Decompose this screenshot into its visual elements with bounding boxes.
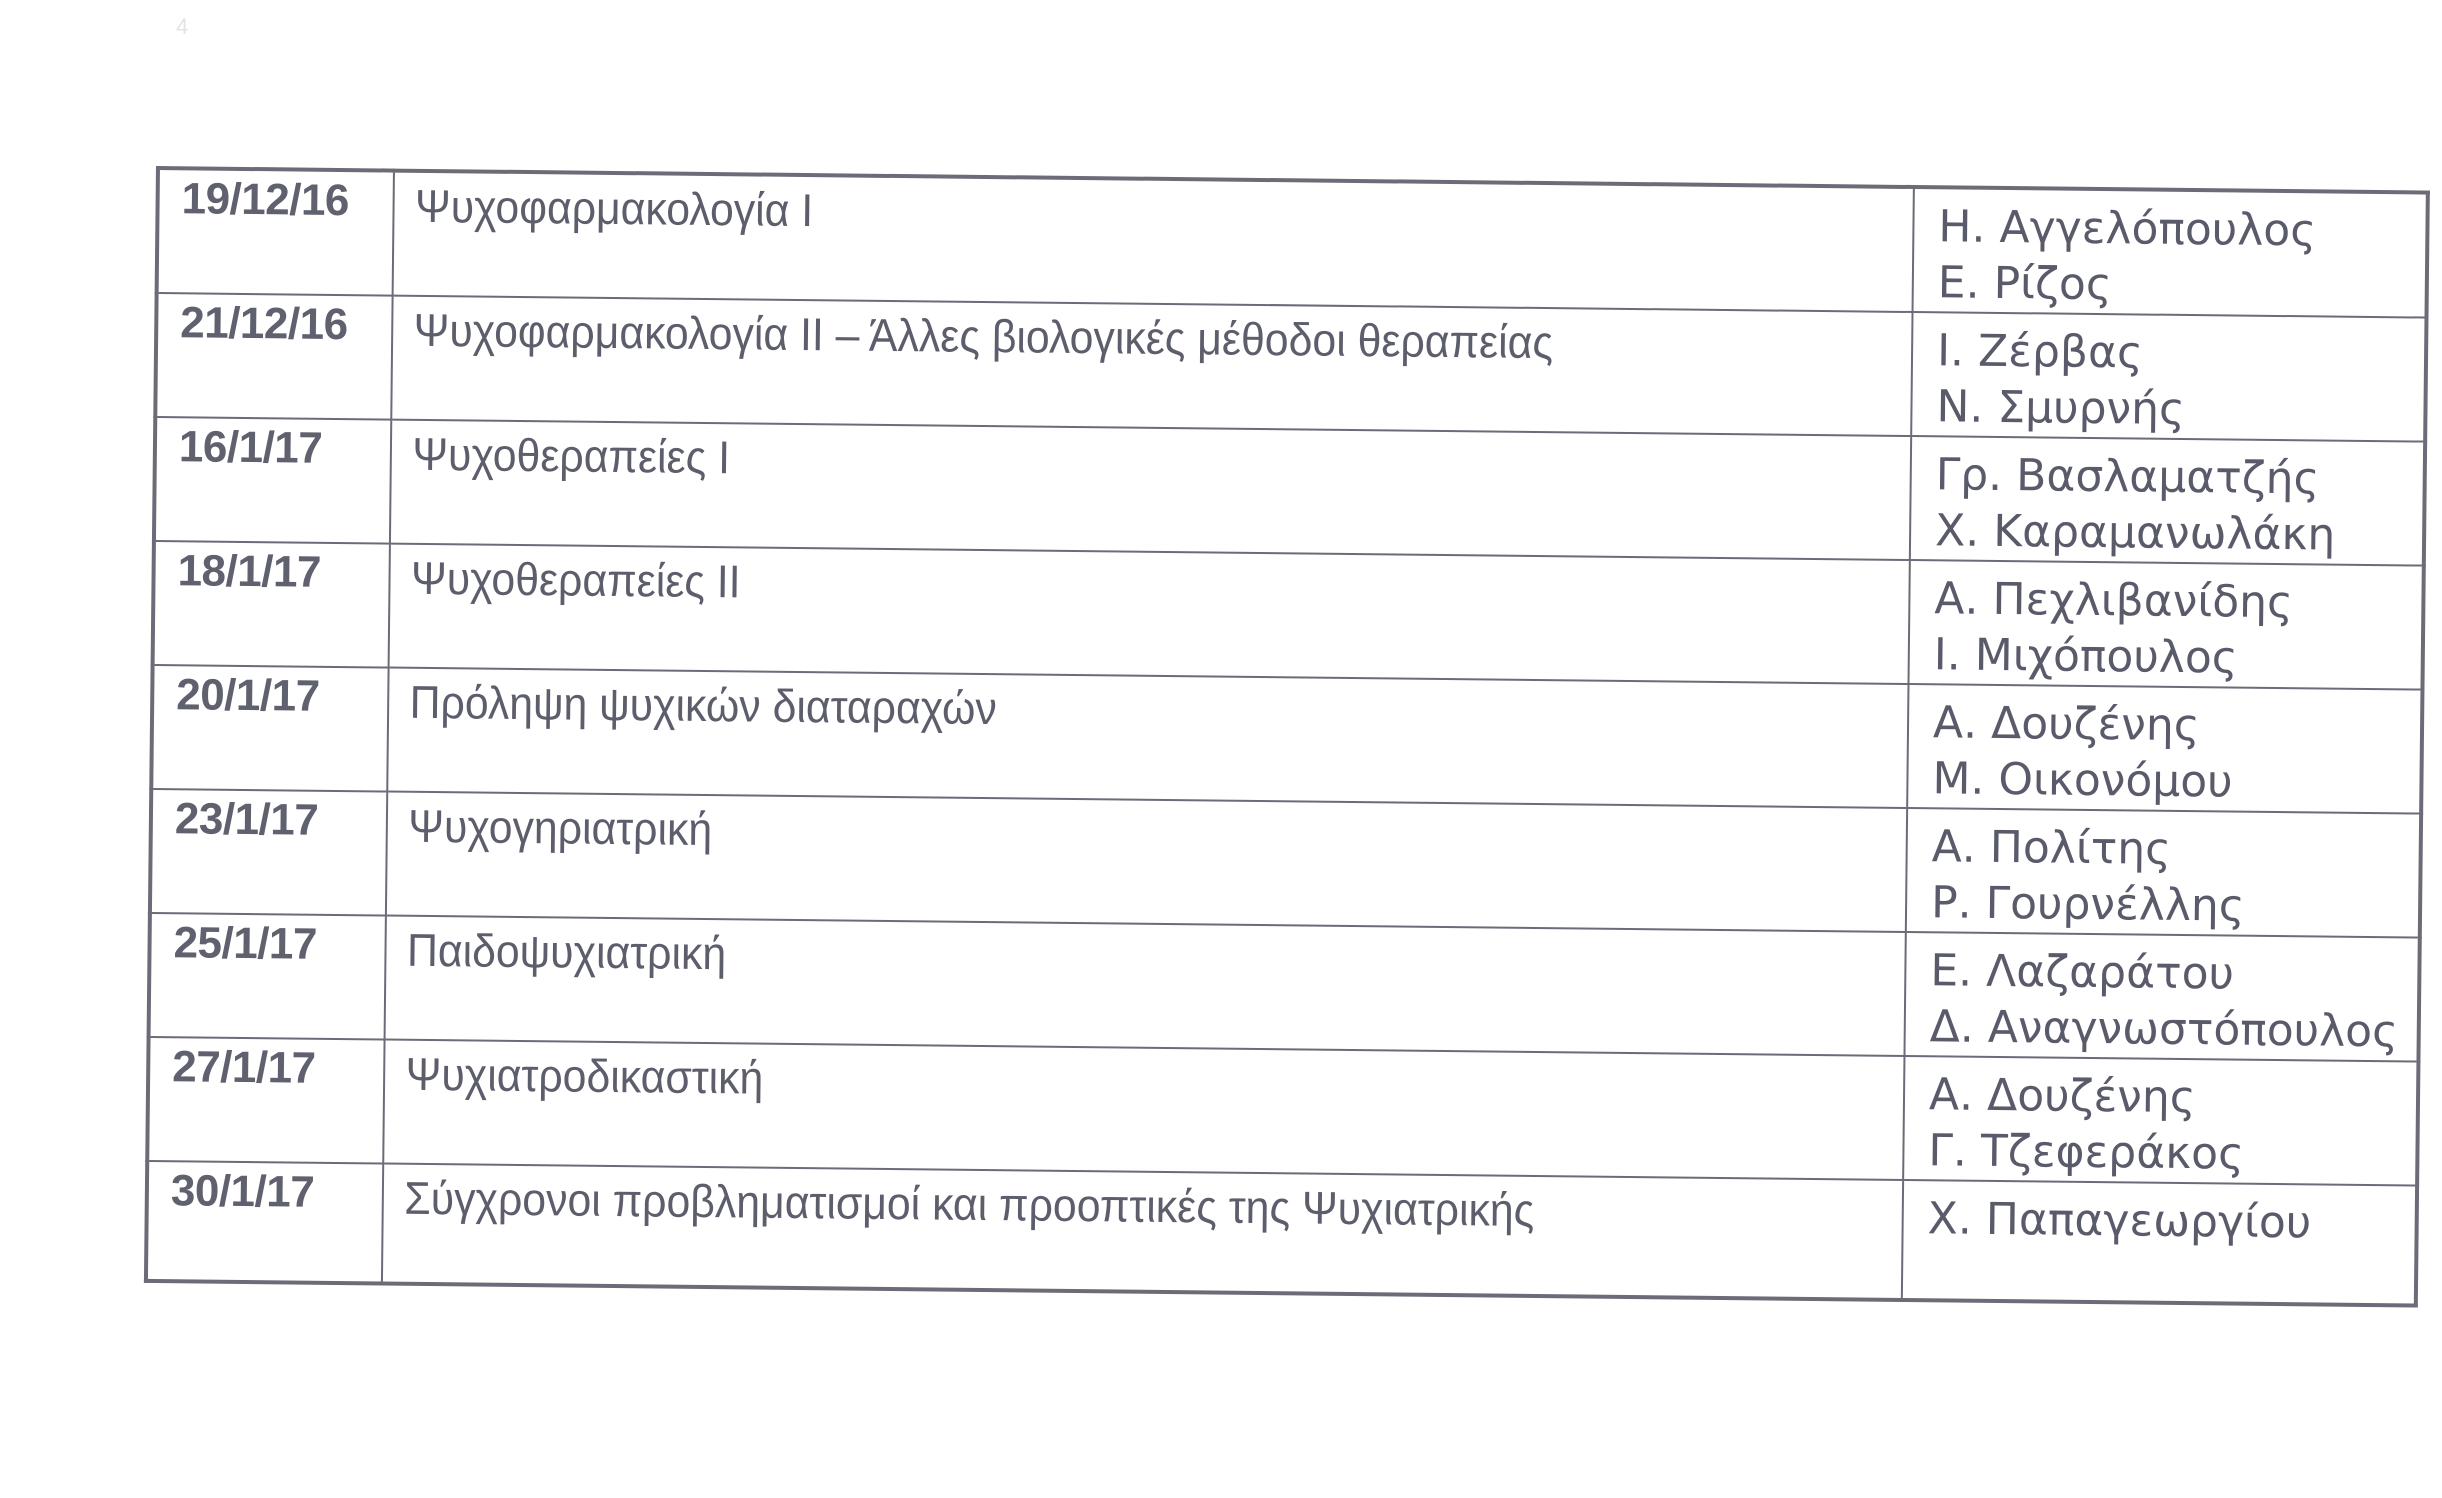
lecturer-name: Ε. Ρίζος: [1938, 255, 2426, 316]
lecture-date: 23/1/17: [153, 790, 387, 847]
lecturer-name: Ν. Σμυρνής: [1936, 379, 2424, 440]
lecturers-cell: Α. ΠεχλιβανίδηςΙ. Μιχόπουλος: [1908, 560, 2423, 690]
table-row: 21/12/16 Ψυχοφαρμακολογία ΙΙ – Άλλες βιο…: [155, 293, 2426, 442]
date-cell: 18/1/17: [153, 541, 390, 668]
lecture-date: 25/1/17: [151, 914, 385, 971]
topic-cell: Ψυχοθεραπείες Ι: [390, 420, 1911, 560]
topic-cell: Ψυχοφαρμακολογία ΙΙ – Άλλες βιολογικές μ…: [391, 296, 1912, 436]
lecturer-name: Α. Πολίτης: [1931, 819, 2419, 880]
table-row: 27/1/17 Ψυχιατροδικαστική Α. ΔουζένηςΓ. …: [147, 1037, 2418, 1186]
lecturer-name: Η. Αγγελόπουλος: [1938, 199, 2426, 260]
table-row: 19/12/16 Ψυχοφαρμακολογία Ι Η. Αγγελόπου…: [157, 168, 2428, 318]
table-row: 30/1/17 Σύγχρονοι προβληματισμοί και προ…: [146, 1161, 2417, 1306]
lecture-date: 16/1/17: [157, 418, 391, 475]
lecturer-name: Χ. Καραμανωλάκη: [1935, 503, 2423, 564]
date-cell: 27/1/17: [147, 1037, 384, 1164]
lecturers-cell: Α. ΠολίτηςΡ. Γουρνέλλης: [1906, 808, 2421, 938]
date-cell: 19/12/16: [157, 168, 394, 296]
topic-cell: Παιδοψυχιατρική: [385, 916, 1906, 1056]
date-cell: 16/1/17: [154, 417, 391, 544]
lecturers-list: Α. ΠεχλιβανίδηςΙ. Μιχόπουλος: [1910, 561, 2422, 689]
table-row: 25/1/17 Παιδοψυχιατρική Ε. ΛαζαράτουΔ. Α…: [149, 913, 2420, 1062]
lecture-topic: Πρόληψη ψυχικών διαταραχών: [389, 669, 1801, 744]
topic-cell: Ψυχογηριατρική: [386, 792, 1907, 932]
lecture-topic: Ψυχοθεραπείες ΙΙ: [390, 545, 1802, 620]
lecturers-list: Ι. ΖέρβαςΝ. Σμυρνής: [1912, 313, 2424, 441]
lecture-topic: Ψυχοφαρμακολογία Ι: [394, 173, 1806, 248]
lecture-topic: Σύγχρονοι προβληματισμοί και προοπτικές …: [384, 1165, 1796, 1240]
lecture-topic: Ψυχοφαρμακολογία ΙΙ – Άλλες βιολογικές μ…: [393, 297, 1805, 372]
lecturer-name: Χ. Παπαγεωργίου: [1927, 1191, 2415, 1252]
schedule-table-container: 19/12/16 Ψυχοφαρμακολογία Ι Η. Αγγελόπου…: [144, 166, 2426, 1307]
lecture-date: 30/1/17: [149, 1162, 383, 1219]
lecturer-name: Ι. Ζέρβας: [1937, 323, 2425, 384]
lecturer-name: Γ. Τζεφεράκος: [1928, 1123, 2416, 1184]
lecturers-list: Α. ΠολίτηςΡ. Γουρνέλλης: [1907, 809, 2419, 937]
lecturers-list: Η. ΑγγελόπουλοςΕ. Ρίζος: [1914, 189, 2426, 317]
lecturers-list: Γρ. ΒασλαματζήςΧ. Καραμανωλάκη: [1911, 437, 2423, 565]
table-row: 23/1/17 Ψυχογηριατρική Α. ΠολίτηςΡ. Γουρ…: [150, 789, 2421, 938]
page-mark: 4: [176, 14, 188, 40]
lecturers-cell: Χ. Παπαγεωργίου: [1902, 1180, 2417, 1306]
schedule-body: 19/12/16 Ψυχοφαρμακολογία Ι Η. Αγγελόπου…: [146, 168, 2428, 1305]
topic-cell: Ψυχοφαρμακολογία Ι: [393, 171, 1914, 312]
lecturer-name: Δ. Αναγνωστόπουλος: [1929, 999, 2417, 1060]
lecturers-list: Ε. ΛαζαράτουΔ. Αναγνωστόπουλος: [1905, 933, 2417, 1061]
table-row: 20/1/17 Πρόληψη ψυχικών διαταραχών Α. Δο…: [151, 665, 2422, 814]
lecturers-list: Χ. Παπαγεωργίου: [1903, 1181, 2415, 1253]
lecturer-name: Ι. Μιχόπουλος: [1934, 627, 2422, 688]
lecturers-list: Α. ΔουζένηςΜ. Οικονόμου: [1908, 685, 2420, 813]
lecturer-name: Ρ. Γουρνέλλης: [1931, 875, 2419, 936]
date-cell: 25/1/17: [149, 913, 386, 1040]
lecture-date: 21/12/16: [158, 294, 392, 351]
lecture-topic: Ψυχογηριατρική: [388, 793, 1800, 868]
lecturers-cell: Η. ΑγγελόπουλοςΕ. Ρίζος: [1913, 187, 2428, 318]
lecture-topic: Ψυχοθεραπείες Ι: [392, 421, 1804, 496]
lecturer-name: Α. Δουζένης: [1929, 1067, 2417, 1128]
lecture-date: 27/1/17: [150, 1038, 384, 1095]
lecture-schedule-table: 19/12/16 Ψυχοφαρμακολογία Ι Η. Αγγελόπου…: [144, 166, 2430, 1308]
lecturers-cell: Ι. ΖέρβαςΝ. Σμυρνής: [1911, 312, 2426, 442]
topic-cell: Ψυχοθεραπείες ΙΙ: [389, 544, 1910, 684]
date-cell: 21/12/16: [155, 293, 392, 420]
lecturer-name: Ε. Λαζαράτου: [1930, 943, 2418, 1004]
topic-cell: Σύγχρονοι προβληματισμοί και προοπτικές …: [382, 1164, 1903, 1300]
lecturer-name: Μ. Οικονόμου: [1932, 751, 2420, 812]
lecturers-list: Α. ΔουζένηςΓ. Τζεφεράκος: [1904, 1057, 2416, 1185]
lecture-date: 18/1/17: [155, 542, 389, 599]
lecture-topic: Ψυχιατροδικαστική: [385, 1041, 1797, 1116]
date-cell: 30/1/17: [146, 1161, 383, 1284]
lecturers-cell: Α. ΔουζένηςΓ. Τζεφεράκος: [1903, 1056, 2418, 1186]
lecturers-cell: Α. ΔουζένηςΜ. Οικονόμου: [1907, 684, 2422, 814]
lecturer-name: Γρ. Βασλαματζής: [1935, 447, 2423, 508]
topic-cell: Ψυχιατροδικαστική: [383, 1040, 1904, 1180]
lecturers-cell: Γρ. ΒασλαματζήςΧ. Καραμανωλάκη: [1910, 436, 2425, 566]
date-cell: 23/1/17: [150, 789, 387, 916]
date-cell: 20/1/17: [151, 665, 388, 792]
table-row: 18/1/17 Ψυχοθεραπείες ΙΙ Α. Πεχλιβανίδης…: [153, 541, 2424, 690]
table-row: 16/1/17 Ψυχοθεραπείες Ι Γρ. ΒασλαματζήςΧ…: [154, 417, 2425, 566]
lecturer-name: Α. Πεχλιβανίδης: [1934, 571, 2422, 632]
lecture-date: 20/1/17: [154, 666, 388, 723]
lecturer-name: Α. Δουζένης: [1933, 695, 2421, 756]
lecture-topic: Παιδοψυχιατρική: [386, 917, 1798, 992]
lecturers-cell: Ε. ΛαζαράτουΔ. Αναγνωστόπουλος: [1904, 932, 2419, 1062]
lecture-date: 19/12/16: [159, 170, 393, 227]
topic-cell: Πρόληψη ψυχικών διαταραχών: [387, 668, 1908, 808]
